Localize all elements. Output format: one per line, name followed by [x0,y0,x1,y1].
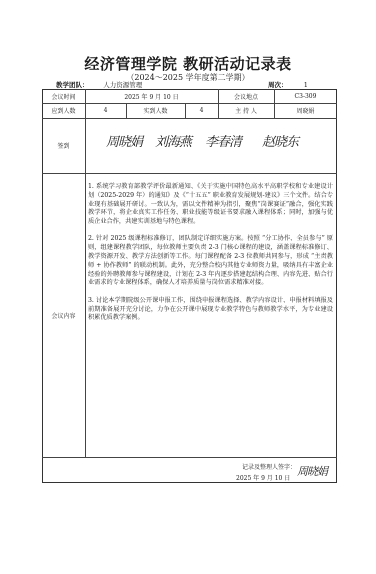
signature: 周晓娟 [106,131,142,150]
signature: 李春清 [205,131,241,150]
actual-attendees-label: 实到人数 [126,103,185,118]
team-label: 教学团队： [56,81,89,89]
row-divider [42,457,337,458]
host-value: 周晓娟 [274,103,337,118]
content-label: 会议内容 [42,173,85,457]
expected-attendees-label: 应到人数 [42,103,85,118]
row-divider [42,173,337,174]
meeting-place-label: 会议地点 [218,89,274,103]
meeting-place-value: C3-309 [274,89,337,103]
record-date: 2025 年 9 月 10 日 [236,473,290,482]
content-paragraph: 1. 系统学习教育部教学评价最新通知、《关于实施中国特色高水平高职学校和专业建设… [88,183,333,227]
host-label: 主 持 人 [218,103,274,118]
recorder-label: 记录及整理人签字： [242,462,296,471]
week-label: 周次： [268,81,288,89]
signin-label: 签到 [42,118,85,173]
meeting-time-value: 2025 年 9 月 10 日 [85,89,218,103]
document-title: 经济管理学院 教研活动记录表 [0,53,376,74]
row-divider [42,118,337,119]
content-paragraph: 2. 针对 2025 级课程标准修订，团队制定详细实施方案。按照 “分工协作、全… [88,235,333,288]
recorder-signature: 周晓娟 [297,463,327,479]
meeting-content: 1. 系统学习教育部教学评价最新通知、《关于实施中国特色高水平高职学校和专业建设… [88,183,333,332]
signature: 刘海燕 [155,131,191,150]
actual-attendees-value: 4 [185,103,218,118]
content-paragraph: 3. 讨论本学期院级公开课申报工作，围绕申报课程选择、教学内容设计、申报材料填报… [88,297,333,323]
meeting-time-label: 会议时间 [42,89,85,103]
expected-attendees-value: 4 [85,103,126,118]
signature: 赵晓东 [262,131,298,150]
col-divider [85,89,86,457]
